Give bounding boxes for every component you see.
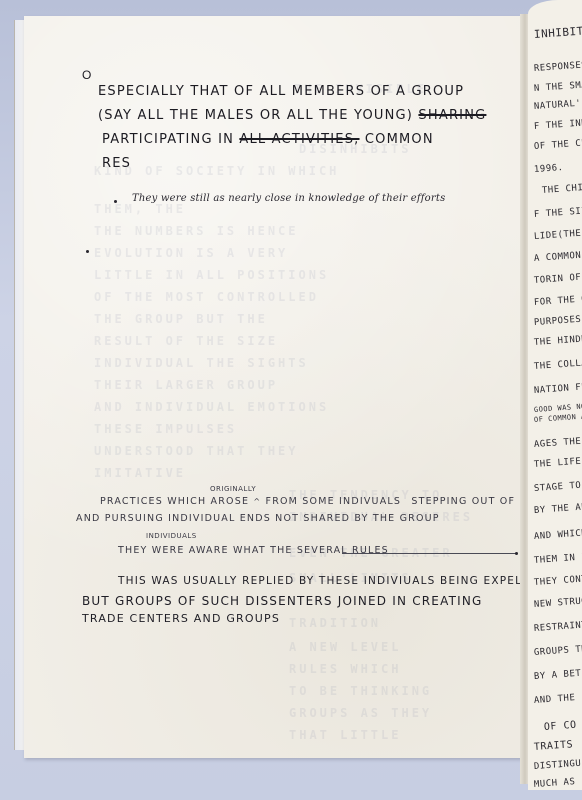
inserted-word: individuals (146, 532, 197, 540)
note-line: This was usually replied by these indivi… (118, 575, 546, 587)
note-line: participating in all activities, common (102, 132, 434, 147)
cursive-annotation: They were still as nearly close in knowl… (132, 193, 445, 204)
note-line: Practices which arose ^ from some indivu… (100, 496, 545, 507)
note-line: res (102, 156, 131, 171)
struck-text: sharing (418, 108, 486, 123)
drawn-line (342, 553, 516, 554)
right-page: INHIBITIN RESPONSES WH N THE SMALL NATUR… (528, 0, 582, 790)
left-page: THE INVISIBLE DISINHIBITS KIND OF SOCIET… (24, 16, 526, 758)
note-line: They were aware what the several rules (118, 545, 389, 556)
margin-mark: O (82, 68, 91, 82)
struck-text: all activities, (239, 132, 359, 147)
note-line: and pursuing individual ends not shared … (76, 513, 440, 524)
ink-dot (86, 250, 89, 253)
note-line: Especially that of all members of a grou… (98, 84, 464, 99)
ink-dot (515, 552, 518, 555)
note-line: (say all the males or all the young) sha… (98, 108, 486, 123)
note-line: but groups of such dissenters joined in … (82, 594, 483, 608)
ink-dot (114, 200, 117, 203)
note-line: trade centers and groups (82, 612, 280, 625)
inserted-word: originally (210, 485, 256, 493)
